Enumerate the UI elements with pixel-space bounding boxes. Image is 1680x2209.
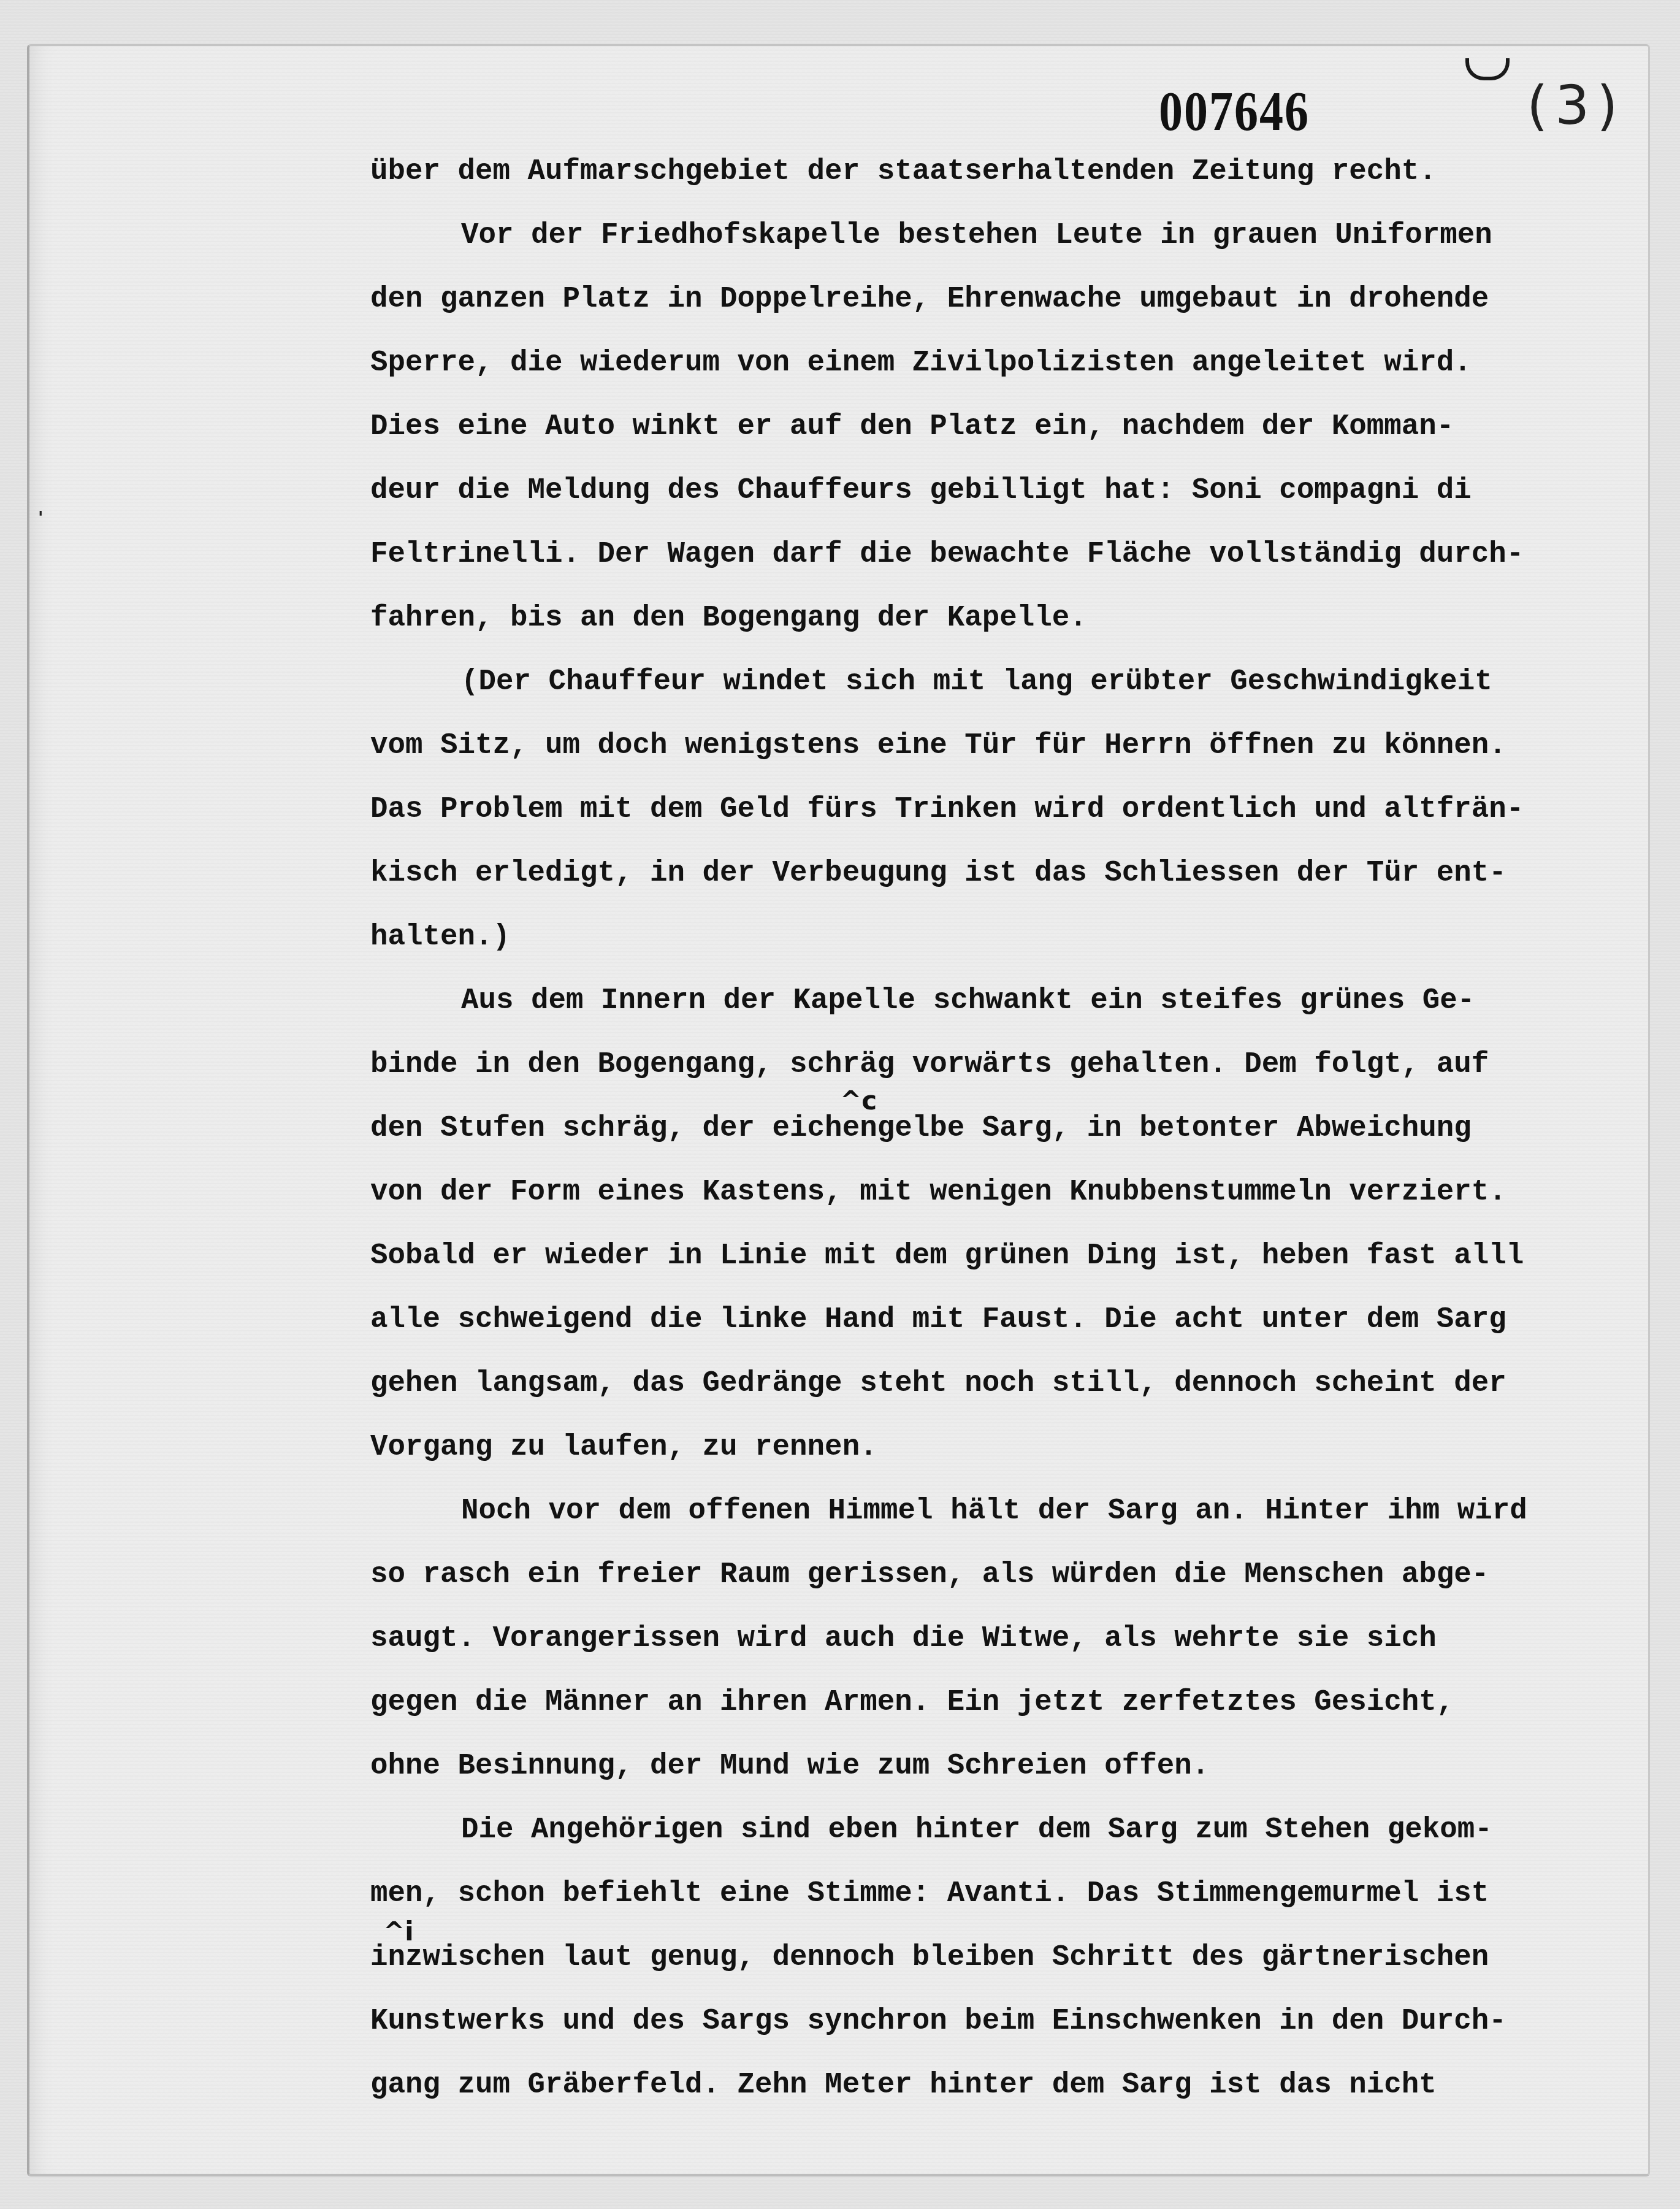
- text-line: halten.): [370, 905, 1646, 969]
- text-line: Sobald er wieder in Linie mit dem grünen…: [370, 1224, 1646, 1288]
- text-line: (Der Chauffeur windet sich mit lang erüb…: [370, 650, 1646, 714]
- text-line: fahren, bis an den Bogengang der Kapelle…: [370, 586, 1646, 650]
- text-line: den Stufen schräg, der eichengelbe Sarg,…: [370, 1097, 1646, 1160]
- text-line: Aus dem Innern der Kapelle schwankt ein …: [370, 969, 1646, 1033]
- paragraph: über dem Aufmarschgebiet der staatserhal…: [370, 140, 1646, 204]
- paragraph: Noch vor dem offenen Himmel hält der Sar…: [370, 1479, 1646, 1798]
- paragraph: Die Angehörigen sind eben hinter dem Sar…: [370, 1798, 1646, 2117]
- text-line: Vor der Friedhofskapelle bestehen Leute …: [370, 204, 1646, 267]
- text-line: men, schon befiehlt eine Stimme: Avanti.…: [370, 1862, 1646, 1926]
- text-line: so rasch ein freier Raum gerissen, als w…: [370, 1543, 1646, 1607]
- text-line: Kunstwerks und des Sargs synchron beim E…: [370, 1989, 1646, 2053]
- text-line: Vorgang zu laufen, zu rennen.: [370, 1415, 1646, 1479]
- text-line: vom Sitz, um doch wenigstens eine Tür fü…: [370, 714, 1646, 778]
- text-line: den ganzen Platz in Doppelreihe, Ehrenwa…: [370, 267, 1646, 331]
- text-line: deur die Meldung des Chauffeurs gebillig…: [370, 459, 1646, 523]
- text-line: ohne Besinnung, der Mund wie zum Schreie…: [370, 1734, 1646, 1798]
- paragraph: Aus dem Innern der Kapelle schwankt ein …: [370, 969, 1646, 1479]
- text-line: Sperre, die wiederum von einem Zivilpoli…: [370, 331, 1646, 395]
- handwritten-page-number: (3): [1527, 74, 1625, 137]
- paragraph: (Der Chauffeur windet sich mit lang erüb…: [370, 650, 1646, 969]
- text-line: saugt. Vorangerissen wird auch die Witwe…: [370, 1607, 1646, 1671]
- text-line: inzwischen laut genug, dennoch bleiben S…: [370, 1926, 1646, 1989]
- text-line: gehen langsam, das Gedränge steht noch s…: [370, 1352, 1646, 1415]
- text-line: Noch vor dem offenen Himmel hält der Sar…: [370, 1479, 1646, 1543]
- margin-mark: ': [38, 511, 47, 526]
- text-line: kisch erledigt, in der Verbeugung ist da…: [370, 841, 1646, 905]
- text-line: über dem Aufmarschgebiet der staatserhal…: [370, 140, 1646, 204]
- text-line: binde in den Bogengang, schräg vorwärts …: [370, 1033, 1646, 1097]
- text-line: gegen die Männer an ihren Armen. Ein jet…: [370, 1671, 1646, 1734]
- text-line: alle schweigend die linke Hand mit Faust…: [370, 1288, 1646, 1352]
- text-line: Dies eine Auto winkt er auf den Platz ei…: [370, 395, 1646, 459]
- text-line: Die Angehörigen sind eben hinter dem Sar…: [370, 1798, 1646, 1862]
- text-line: Feltrinelli. Der Wagen darf die bewachte…: [370, 523, 1646, 586]
- paragraph: Vor der Friedhofskapelle bestehen Leute …: [370, 204, 1646, 650]
- text-line: gang zum Gräberfeld. Zehn Meter hinter d…: [370, 2053, 1646, 2117]
- body-text: über dem Aufmarschgebiet der staatserhal…: [370, 140, 1646, 2117]
- text-line: Das Problem mit dem Geld fürs Trinken wi…: [370, 778, 1646, 841]
- archive-number: 007646: [1159, 78, 1310, 144]
- text-line: von der Form eines Kastens, mit wenigen …: [370, 1160, 1646, 1224]
